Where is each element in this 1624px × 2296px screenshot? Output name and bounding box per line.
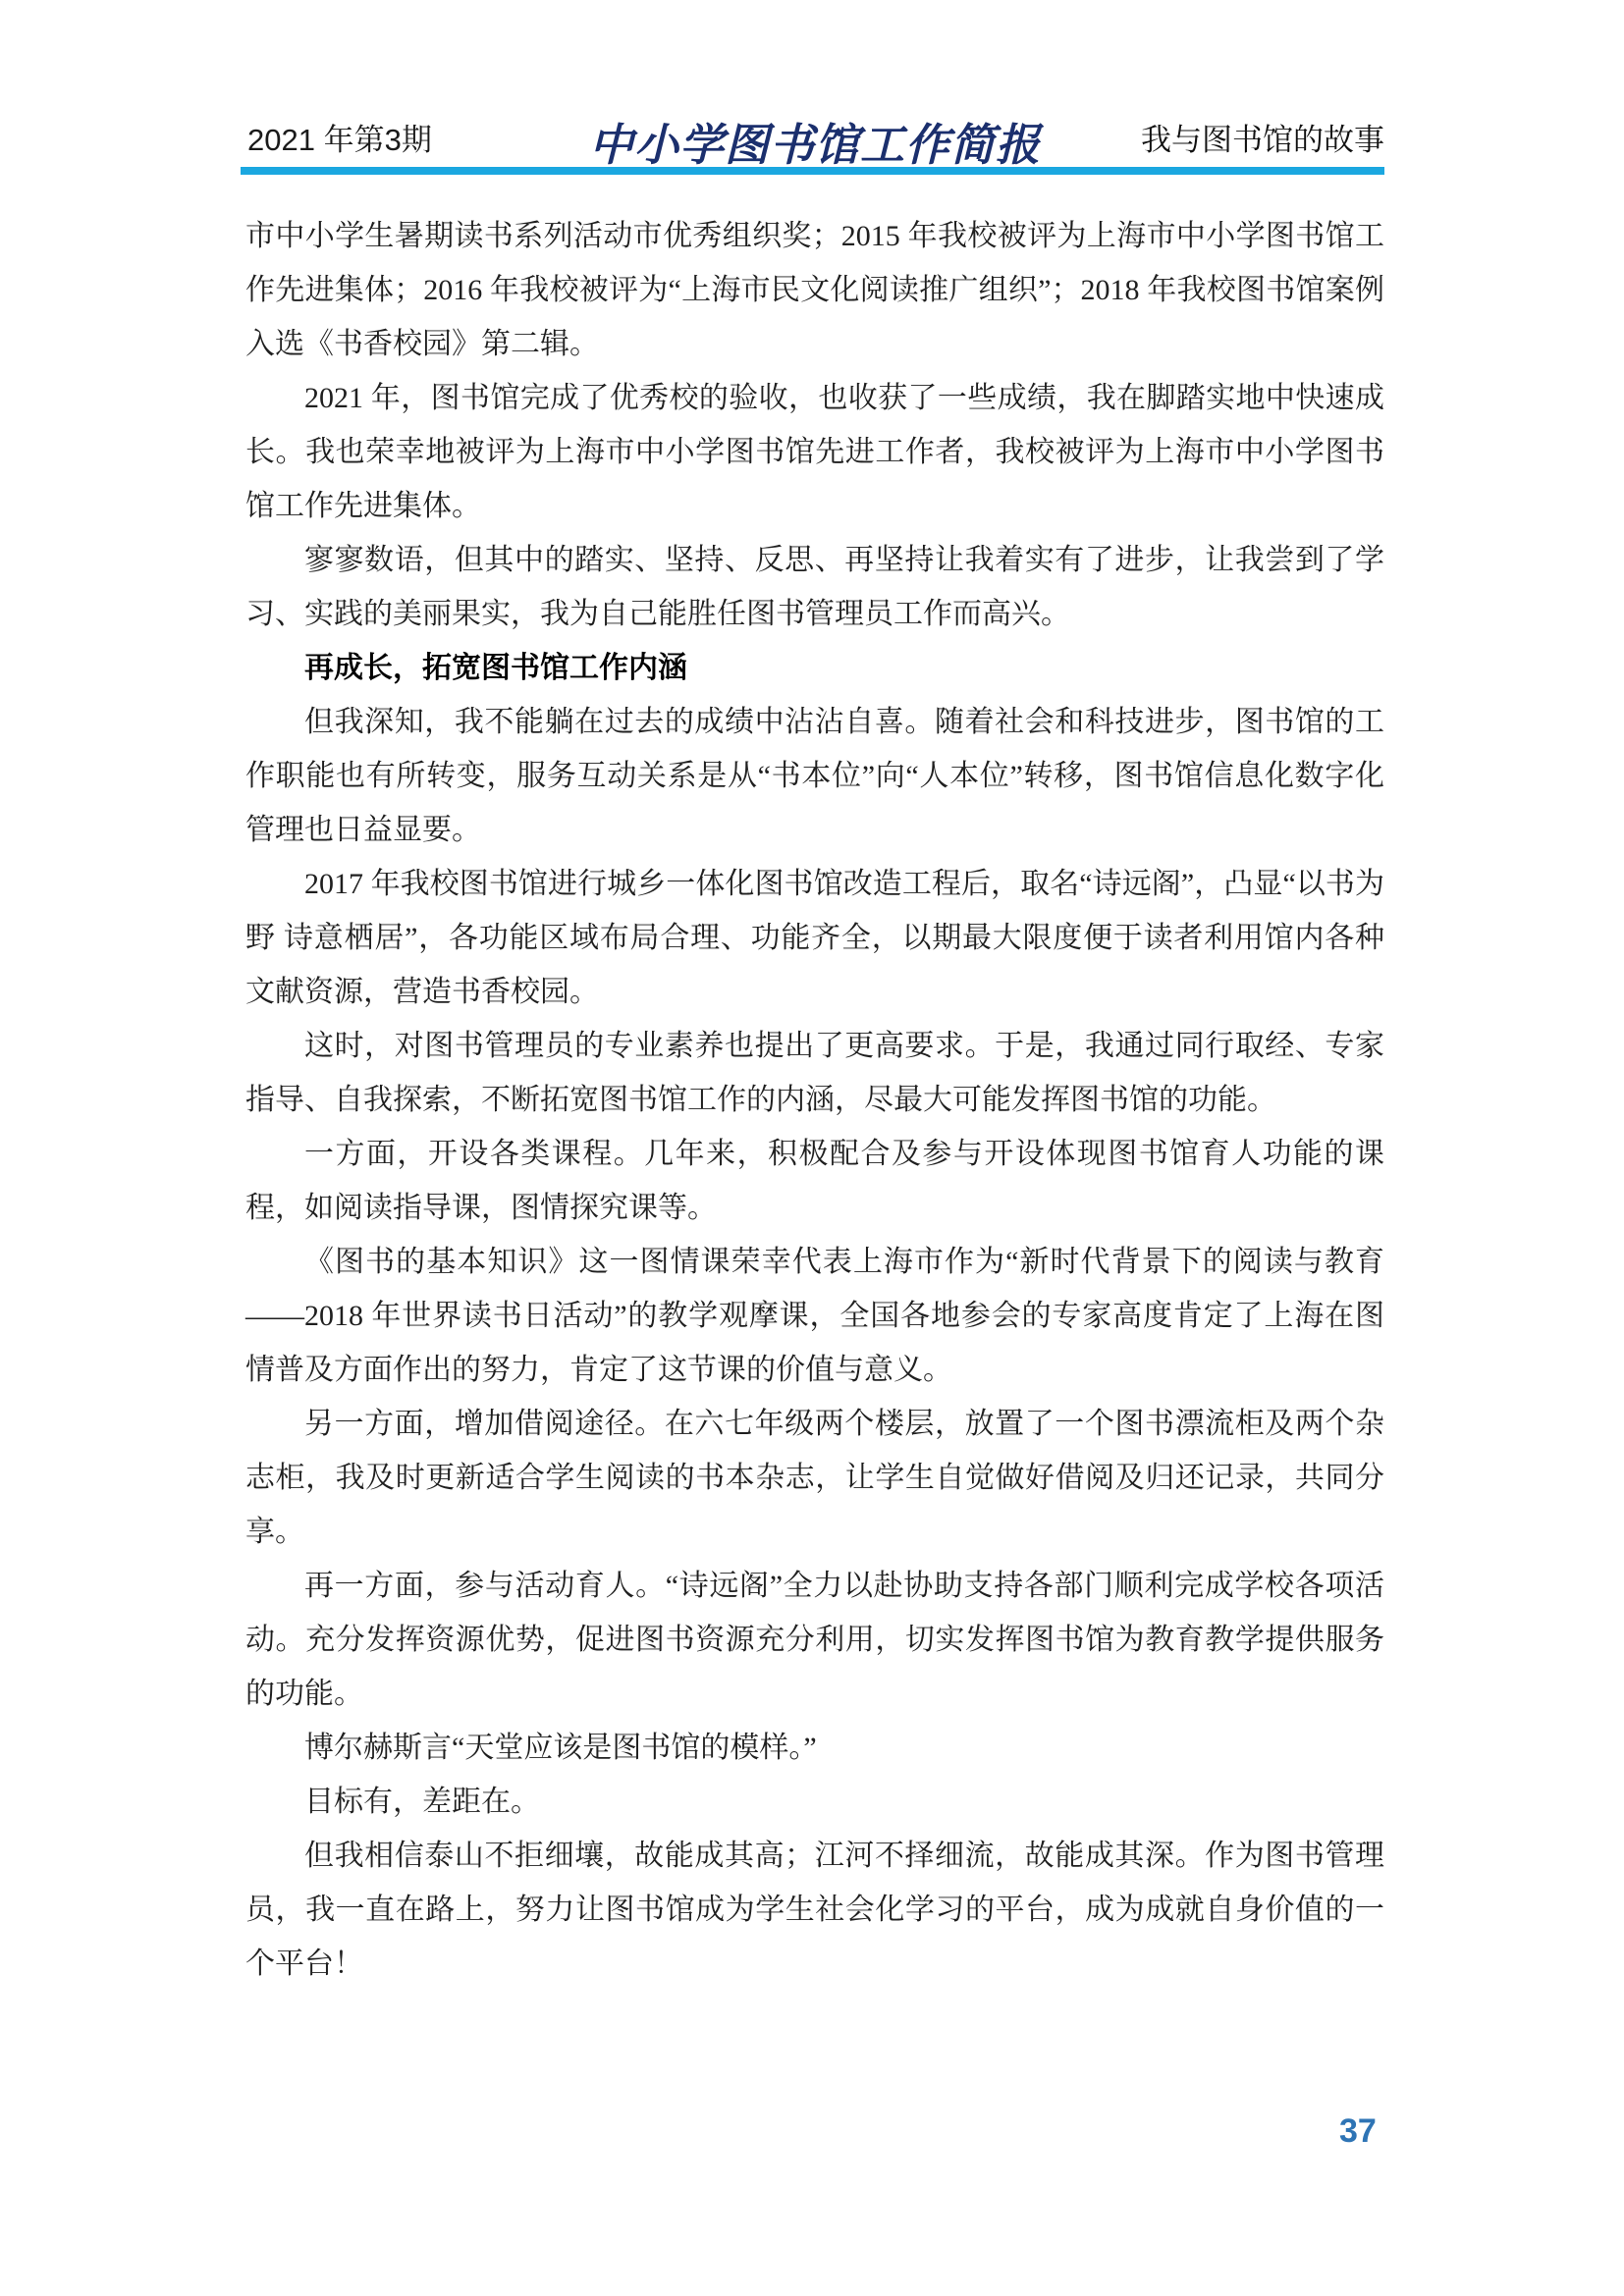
paragraph: 2017 年我校图书馆进行城乡一体化图书馆改造工程后，取名“诗远阁”，凸显“以书… [245, 857, 1384, 1019]
section-heading: 再成长，拓宽图书馆工作内涵 [245, 641, 1384, 695]
paragraph: 《图书的基本知识》这一图情课荣幸代表上海市作为“新时代背景下的阅读与教育——20… [245, 1235, 1384, 1397]
paragraph: 再一方面，参与活动育人。“诗远阁”全力以赴协助支持各部门顺利完成学校各项活动。充… [245, 1559, 1384, 1721]
header-rule-divider [241, 167, 1384, 175]
article-body: 市中小学生暑期读书系列活动市优秀组织奖；2015 年我校被评为上海市中小学图书馆… [245, 209, 1384, 1991]
paragraph: 另一方面，增加借阅途径。在六七年级两个楼层，放置了一个图书漂流柜及两个杂志柜，我… [245, 1397, 1384, 1559]
paragraph: 市中小学生暑期读书系列活动市优秀组织奖；2015 年我校被评为上海市中小学图书馆… [245, 209, 1384, 371]
page-number: 37 [1339, 2112, 1377, 2151]
paragraph: 寥寥数语，但其中的踏实、坚持、反思、再坚持让我着实有了进步，让我尝到了学习、实践… [245, 533, 1384, 641]
paragraph: 这时，对图书管理员的专业素养也提出了更高要求。于是，我通过同行取经、专家指导、自… [245, 1019, 1384, 1127]
paragraph: 博尔赫斯言“天堂应该是图书馆的模样。” [245, 1721, 1384, 1775]
section-title: 我与图书馆的故事 [1141, 115, 1384, 159]
issue-label: 2021 年第3期 [247, 115, 432, 159]
paragraph: 2021 年，图书馆完成了优秀校的验收，也收获了一些成绩，我在脚踏实地中快速成长… [245, 371, 1384, 533]
masthead-title: 中小学图书馆工作简报 [589, 123, 1041, 167]
paragraph: 一方面，开设各类课程。几年来，积极配合及参与开设体现图书馆育人功能的课程，如阅读… [245, 1127, 1384, 1235]
page-header: 2021 年第3期 中小学图书馆工作简报 我与图书馆的故事 [245, 59, 1384, 167]
paragraph: 但我深知，我不能躺在过去的成绩中沾沾自喜。随着社会和科技进步，图书馆的工作职能也… [245, 695, 1384, 857]
paragraph: 目标有，差距在。 [245, 1775, 1384, 1829]
document-page: 2021 年第3期 中小学图书馆工作简报 我与图书馆的故事 市中小学生暑期读书系… [0, 0, 1624, 2296]
paragraph: 但我相信泰山不拒细壤，故能成其高；江河不择细流，故能成其深。作为图书管理员，我一… [245, 1829, 1384, 1991]
